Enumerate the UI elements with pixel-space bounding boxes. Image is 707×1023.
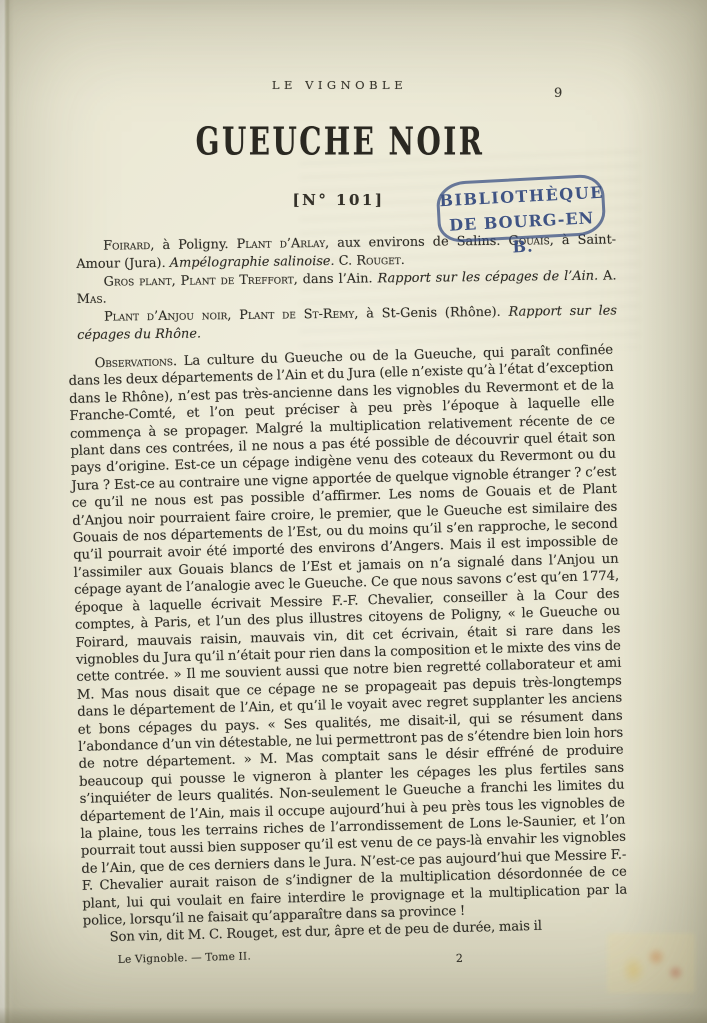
page-edge-left xyxy=(0,0,14,1023)
book-page-photo: LE VIGNOBLE 9 GUEUCHE NOIR [N° 101] BIBL… xyxy=(0,0,707,1023)
page-edge-bottom xyxy=(0,1007,707,1023)
observations-paragraph: Observations. La culture du Gueuche ou d… xyxy=(68,342,628,930)
footer-volume-note: Le Vignoble. — Tome II. xyxy=(118,948,252,969)
running-head: LE VIGNOBLE xyxy=(0,78,707,92)
signature-number: 2 xyxy=(456,950,463,968)
page-title: GUEUCHE NOIR xyxy=(196,120,485,165)
library-stamp: BIBLIOTHÈQUE DE BOURG-EN B. xyxy=(436,174,607,244)
title-row: GUEUCHE NOIR xyxy=(0,122,707,162)
main-text: Observations. La culture du Gueuche ou d… xyxy=(68,342,629,976)
bibliography-entry: Plant d’Anjou noir, Plant de St-Remy, à … xyxy=(77,303,617,345)
library-stamp-line2: DE BOURG-EN B. xyxy=(440,205,604,263)
page-number: 9 xyxy=(554,86,562,101)
